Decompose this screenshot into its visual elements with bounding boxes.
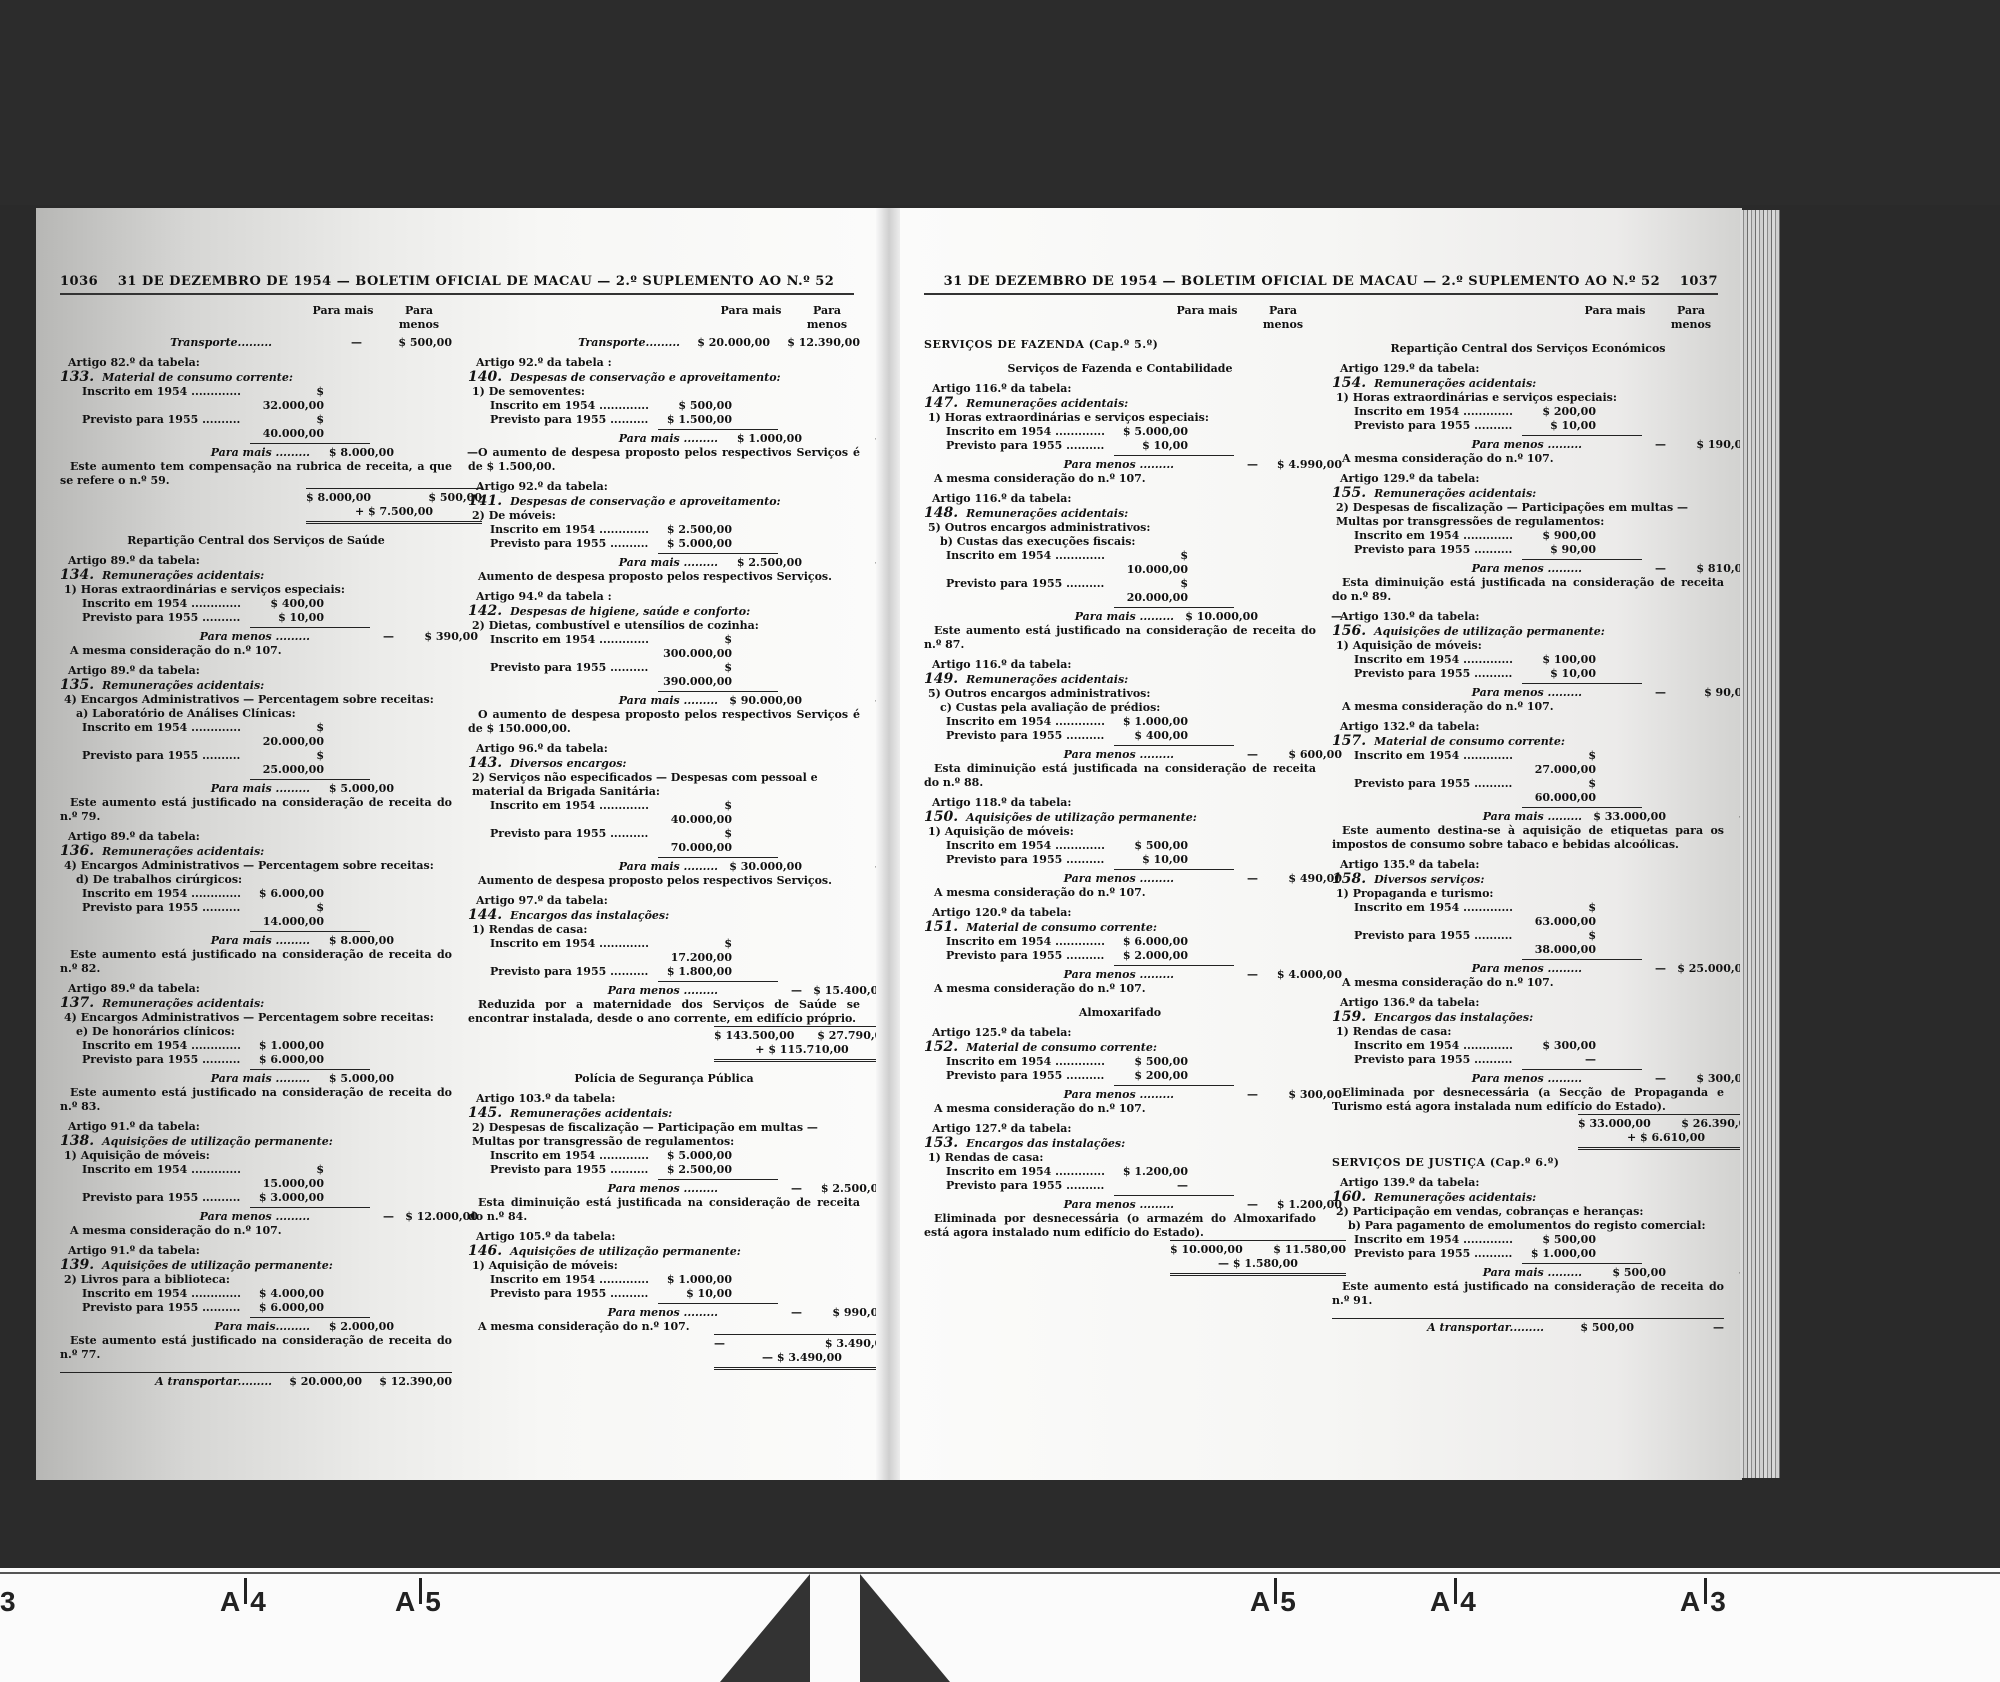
inscrito-line: Inscrito em 1954 .............$ 300.000,… <box>468 633 860 661</box>
previsto-label: Previsto para 1955 .......... <box>82 1301 254 1315</box>
inscrito-line: Inscrito em 1954 .............$ 40.000,0… <box>468 799 860 827</box>
previsto-label: Previsto para 1955 .......... <box>1354 1247 1526 1261</box>
subtotal-values: $ 8.000,00$ 500,00 <box>306 491 482 505</box>
inscrito-line: Inscrito em 1954 .............$ 400,00 <box>60 597 452 611</box>
inscrito-label: Inscrito em 1954 ............. <box>82 887 254 901</box>
artigo-heading: Artigo 92.º da tabela : <box>468 356 860 370</box>
subtotal-mais: — <box>714 1337 725 1351</box>
carry-forward-line: A transportar.........$ 20.000,00$ 12.39… <box>60 1372 452 1389</box>
previsto-line: Previsto para 1955 ..........$ 20.000,00 <box>924 577 1316 605</box>
item-title: Remunerações acidentais: <box>510 1107 672 1120</box>
artigo-heading: Artigo 105.º da tabela: <box>468 1230 860 1244</box>
item-number: 157. <box>1332 733 1366 749</box>
item-subheading: 2) Dietas, combustível e utensílios de c… <box>468 619 860 633</box>
header-para-mais: Para mais <box>1174 304 1240 332</box>
artigo-heading: Artigo 89.º da tabela: <box>60 830 452 844</box>
inscrito-line: Inscrito em 1954 .............$ 32.000,0… <box>60 385 452 413</box>
previsto-value: $ 10,00 <box>1118 439 1188 453</box>
item-title: Encargos das instalações: <box>1374 1011 1533 1024</box>
item-number: 152. <box>924 1039 958 1055</box>
item-heading: 149.Remunerações acidentais: <box>924 672 1316 687</box>
header-para-menos: Para menos <box>1658 304 1724 332</box>
artigo-heading: Artigo 91.º da tabela: <box>60 1120 452 1134</box>
artigo-heading: Artigo 89.º da tabela: <box>60 982 452 996</box>
item-number: 133. <box>60 369 94 385</box>
difference-line: Para mais .........$ 10.000,00— <box>924 610 1316 624</box>
inscrito-label: Inscrito em 1954 ............. <box>490 799 662 827</box>
item-heading: 134.Remunerações acidentais: <box>60 568 452 583</box>
item-subheading: 4) Encargos Administrativos — Percentage… <box>60 693 452 707</box>
difference-menos: $ 300,00 <box>1666 1072 1750 1086</box>
difference-label: Para menos ......... <box>924 968 1174 982</box>
inscrito-line: Inscrito em 1954 .............$ 1.000,00 <box>60 1039 452 1053</box>
column-headers: Para maisPara menos <box>468 304 860 332</box>
subtotal-net: — $ 3.490,00 <box>714 1351 890 1365</box>
subtotal-net: + $ 7.500,00 <box>306 505 482 519</box>
previsto-value: $ 1.500,00 <box>662 413 732 427</box>
page-number: 1036 <box>60 274 98 289</box>
difference-label: Para mais ......... <box>468 432 718 446</box>
running-head-text: 31 DE DEZEMBRO DE 1954 — BOLETIM OFICIAL… <box>944 274 1660 289</box>
inscrito-label: Inscrito em 1954 ............. <box>82 597 254 611</box>
item-heading: 146.Aquisições de utilização permanente: <box>468 1244 860 1259</box>
difference-mais: — <box>1582 962 1666 976</box>
section-title: Serviços de Fazenda e Contabilidade <box>924 362 1316 376</box>
item-number: 156. <box>1332 623 1366 639</box>
previsto-label: Previsto para 1955 .......... <box>82 611 254 625</box>
justification-note: O aumento de despesa proposto pelos resp… <box>468 446 860 474</box>
item-heading: 150.Aquisições de utilização permanente: <box>924 810 1316 825</box>
difference-mais: — <box>1174 1088 1258 1102</box>
previsto-line: Previsto para 1955 ..........$ 6.000,00 <box>60 1053 452 1067</box>
item-title: Aquisições de utilização permanente: <box>966 811 1197 824</box>
previsto-line: Previsto para 1955 ..........$ 10,00 <box>1332 419 1724 433</box>
left-page-column-1: Para maisPara menosTransporte.........—$… <box>60 304 452 1389</box>
item-subheading: 1) Aquisição de móveis: <box>468 1259 860 1273</box>
difference-mais: — <box>310 1210 394 1224</box>
item-number: 151. <box>924 919 958 935</box>
rule <box>250 779 370 780</box>
artigo-heading: Artigo 136.º da tabela: <box>1332 996 1724 1010</box>
item-number: 141. <box>468 493 502 509</box>
artigo-heading: Artigo 118.º da tabela: <box>924 796 1316 810</box>
artigo-heading: Artigo 139.º da tabela: <box>1332 1176 1724 1190</box>
item-subheading: 2) Despesas de fiscalização — Participaç… <box>468 1121 860 1149</box>
difference-line: Para mais .........$ 5.000,00 <box>60 1072 452 1086</box>
difference-line: Para menos .........—$ 12.000,00 <box>60 1210 452 1224</box>
difference-line: Para mais .........$ 2.500,00— <box>468 556 860 570</box>
inscrito-label: Inscrito em 1954 ............. <box>1354 749 1526 777</box>
difference-label: Para menos ......... <box>468 1182 718 1196</box>
previsto-line: Previsto para 1955 ..........$ 400,00 <box>924 729 1316 743</box>
difference-menos: — <box>802 556 886 570</box>
item-title: Aquisições de utilização permanente: <box>510 1245 741 1258</box>
rule <box>1522 1263 1642 1264</box>
left-page-column-2: Para maisPara menosTransporte.........$ … <box>468 304 860 1370</box>
difference-mais: — <box>1174 872 1258 886</box>
inscrito-label: Inscrito em 1954 ............. <box>82 721 254 749</box>
inscrito-value: $ 1.200,00 <box>1118 1165 1188 1179</box>
previsto-label: Previsto para 1955 .......... <box>946 1179 1118 1193</box>
inscrito-line: Inscrito em 1954 .............$ 500,00 <box>924 1055 1316 1069</box>
inscrito-line: Inscrito em 1954 .............$ 10.000,0… <box>924 549 1316 577</box>
item-heading: 145.Remunerações acidentais: <box>468 1106 860 1121</box>
previsto-value: $ 3.000,00 <box>254 1191 324 1205</box>
inscrito-line: Inscrito em 1954 .............$ 27.000,0… <box>1332 749 1724 777</box>
item-number: 143. <box>468 755 502 771</box>
running-head-right: 31 DE DEZEMBRO DE 1954 — BOLETIM OFICIAL… <box>924 274 1718 295</box>
transport-line: Transporte.........—$ 500,00 <box>60 336 452 350</box>
justification-note: Aumento de despesa proposto pelos respec… <box>468 874 860 888</box>
inscrito-line: Inscrito em 1954 .............$ 6.000,00 <box>60 887 452 901</box>
rule <box>250 931 370 932</box>
difference-menos: $ 4.000,00 <box>1258 968 1342 982</box>
section-title: Polícia de Segurança Pública <box>468 1072 860 1086</box>
inscrito-value: $ 500,00 <box>1526 1233 1596 1247</box>
header-para-menos: Para menos <box>1250 304 1316 332</box>
header-para-mais: Para mais <box>1582 304 1648 332</box>
carry-label: A transportar......... <box>155 1375 272 1389</box>
column-headers: Para maisPara menos <box>1332 304 1724 332</box>
rule <box>1522 559 1642 560</box>
previsto-label: Previsto para 1955 .......... <box>1354 543 1526 557</box>
item-number: 154. <box>1332 375 1366 391</box>
inscrito-value: $ 20.000,00 <box>254 721 324 749</box>
artigo-heading: Artigo 89.º da tabela: <box>60 554 452 568</box>
previsto-value: $ 10,00 <box>254 611 324 625</box>
previsto-line: Previsto para 1955 ..........$ 70.000,00 <box>468 827 860 855</box>
header-para-menos: Para menos <box>794 304 860 332</box>
inscrito-line: Inscrito em 1954 .............$ 500,00 <box>924 839 1316 853</box>
registration-target-left <box>720 1574 810 1682</box>
item-title: Remunerações acidentais: <box>1374 1191 1536 1204</box>
item-title: Diversos encargos: <box>510 757 626 770</box>
difference-line: Para mais .........$ 33.000,00— <box>1332 810 1724 824</box>
inscrito-value: $ 900,00 <box>1526 529 1596 543</box>
difference-mais: $ 10.000,00 <box>1174 610 1258 624</box>
inscrito-value: $ 400,00 <box>254 597 324 611</box>
item-heading: 144.Encargos das instalações: <box>468 908 860 923</box>
inscrito-label: Inscrito em 1954 ............. <box>490 1273 662 1287</box>
item-title: Aquisições de utilização permanente: <box>102 1135 333 1148</box>
subtotal-values: —$ 3.490,00 <box>714 1337 890 1351</box>
item-title: Remunerações acidentais: <box>102 569 264 582</box>
item-heading: 138.Aquisições de utilização permanente: <box>60 1134 452 1149</box>
previsto-value: $ 40.000,00 <box>254 413 324 441</box>
previsto-value: $ 5.000,00 <box>662 537 732 551</box>
inscrito-value: $ 200,00 <box>1526 405 1596 419</box>
column-headers: Para maisPara menos <box>60 304 452 332</box>
previsto-label: Previsto para 1955 .......... <box>490 1163 662 1177</box>
difference-line: Para menos .........—$ 90,00 <box>1332 686 1724 700</box>
previsto-label: Previsto para 1955 .......... <box>1354 667 1526 681</box>
artigo-heading: Artigo 94.º da tabela : <box>468 590 860 604</box>
item-title: Material de consumo corrente: <box>102 371 293 384</box>
artigo-heading: Artigo 129.º da tabela: <box>1332 362 1724 376</box>
inscrito-label: Inscrito em 1954 ............. <box>1354 529 1526 543</box>
previsto-label: Previsto para 1955 .......... <box>1354 777 1526 805</box>
difference-mais: $ 5.000,00 <box>310 1072 394 1086</box>
difference-mais: — <box>310 630 394 644</box>
ruler-mark-right: A3 <box>1680 1586 1727 1618</box>
item-number: 145. <box>468 1105 502 1121</box>
rule <box>250 627 370 628</box>
item-number: 155. <box>1332 485 1366 501</box>
inscrito-value: $ 5.000,00 <box>662 1149 732 1163</box>
justification-note: A mesma consideração do n.º 107. <box>1332 700 1724 714</box>
ruler-mark-right: A4 <box>1430 1586 1477 1618</box>
transport-label: Transporte......... <box>170 336 272 350</box>
previsto-value: $ 25.000,00 <box>254 749 324 777</box>
artigo-heading: Artigo 125.º da tabela: <box>924 1026 1316 1040</box>
transport-menos: $ 500,00 <box>368 336 452 350</box>
inscrito-value: $ 500,00 <box>1118 839 1188 853</box>
artigo-heading: Artigo 103.º da tabela: <box>468 1092 860 1106</box>
difference-label: Para mais ......... <box>1332 810 1582 824</box>
inscrito-line: Inscrito em 1954 .............$ 1.200,00 <box>924 1165 1316 1179</box>
previsto-label: Previsto para 1955 .......... <box>1354 929 1526 957</box>
difference-menos: $ 90,00 <box>1666 686 1750 700</box>
difference-menos: $ 15.400,00 <box>802 984 886 998</box>
difference-label: Para mais ......... <box>60 782 310 796</box>
inscrito-label: Inscrito em 1954 ............. <box>1354 1233 1526 1247</box>
item-subheading: 2) Serviços não especificados — Despesas… <box>468 771 860 799</box>
inscrito-line: Inscrito em 1954 .............$ 500,00 <box>1332 1233 1724 1247</box>
previsto-value: $ 90,00 <box>1526 543 1596 557</box>
item-subheading: 4) Encargos Administrativos — Percentage… <box>60 859 452 873</box>
inscrito-value: $ 500,00 <box>1118 1055 1188 1069</box>
item-title: Material de consumo corrente: <box>1374 735 1565 748</box>
film-border-bottom <box>0 1480 2000 1570</box>
difference-menos: $ 12.000,00 <box>394 1210 478 1224</box>
artigo-heading: Artigo 132.º da tabela: <box>1332 720 1724 734</box>
difference-label: Para mais ......... <box>60 934 310 948</box>
inscrito-label: Inscrito em 1954 ............. <box>82 1287 254 1301</box>
justification-note: Esta diminuição está justificada na cons… <box>924 762 1316 790</box>
difference-label: Para menos ......... <box>60 1210 310 1224</box>
previsto-value: $ 14.000,00 <box>254 901 324 929</box>
inscrito-line: Inscrito em 1954 .............$ 63.000,0… <box>1332 901 1724 929</box>
item-heading: 135.Remunerações acidentais: <box>60 678 452 693</box>
carry-forward-line: A transportar.........$ 500,00— <box>1332 1318 1724 1335</box>
item-subsubheading: e) De honorários clínicos: <box>60 1025 452 1039</box>
difference-mais: — <box>718 1306 802 1320</box>
artigo-heading: Artigo 97.º da tabela: <box>468 894 860 908</box>
ruler-mark-left: A5 <box>395 1586 442 1618</box>
previsto-value: $ 6.000,00 <box>254 1053 324 1067</box>
difference-label: Para menos ......... <box>1332 438 1582 452</box>
difference-menos: — <box>802 694 886 708</box>
inscrito-value: $ 6.000,00 <box>1118 935 1188 949</box>
ruler-tick <box>1454 1578 1457 1604</box>
item-subsubheading: b) Para pagamento de emolumentos do regi… <box>1332 1219 1724 1233</box>
previsto-value: $ 10,00 <box>662 1287 732 1301</box>
difference-line: Para mais .........$ 500,00— <box>1332 1266 1724 1280</box>
difference-line: Para menos .........—$ 390,00 <box>60 630 452 644</box>
previsto-label: Previsto para 1955 .......... <box>490 413 662 427</box>
item-title: Despesas de conservação e aproveitamento… <box>510 495 780 508</box>
difference-menos: — <box>1666 1266 1750 1280</box>
subtotal-block: —$ 3.490,00— $ 3.490,00 <box>714 1334 890 1370</box>
item-subheading: 1) Horas extraordinárias e serviços espe… <box>1332 391 1724 405</box>
book-fore-edge <box>1740 210 1780 1478</box>
difference-label: Para mais ......... <box>1332 1266 1582 1280</box>
item-subheading: 1) Aquisição de móveis: <box>924 825 1316 839</box>
previsto-line: Previsto para 1955 ..........$ 40.000,00 <box>60 413 452 441</box>
inscrito-label: Inscrito em 1954 ............. <box>490 937 662 965</box>
item-number: 153. <box>924 1135 958 1151</box>
ruler-tick <box>1274 1578 1277 1604</box>
inscrito-label: Inscrito em 1954 ............. <box>946 839 1118 853</box>
running-head-text: 31 DE DEZEMBRO DE 1954 — BOLETIM OFICIAL… <box>118 274 834 289</box>
item-number: 134. <box>60 567 94 583</box>
subtotal-values: $ 33.000,00$ 26.390,00 <box>1578 1117 1754 1131</box>
justification-note: A mesma consideração do n.º 107. <box>924 982 1316 996</box>
previsto-label: Previsto para 1955 .......... <box>82 1191 254 1205</box>
section-title: Almoxarifado <box>924 1006 1316 1020</box>
difference-menos: $ 490,00 <box>1258 872 1342 886</box>
previsto-value: $ 200,00 <box>1118 1069 1188 1083</box>
item-subheading: 2) Despesas de fiscalização — Participaç… <box>1332 501 1724 529</box>
transport-mais: $ 20.000,00 <box>686 336 770 350</box>
item-subsubheading: d) De trabalhos cirúrgicos: <box>60 873 452 887</box>
previsto-label: Previsto para 1955 .......... <box>82 901 254 929</box>
previsto-label: Previsto para 1955 .......... <box>490 1287 662 1301</box>
item-number: 158. <box>1332 871 1366 887</box>
item-subheading: 1) De semoventes: <box>468 385 860 399</box>
rule <box>658 1179 778 1180</box>
difference-mais: $ 8.000,00 <box>310 934 394 948</box>
justification-note: A mesma consideração do n.º 107. <box>468 1320 860 1334</box>
item-title: Aquisições de utilização permanente: <box>1374 625 1605 638</box>
right-page-column-2: Para maisPara menosRepartição Central do… <box>1332 304 1724 1335</box>
item-heading: 139.Aquisições de utilização permanente: <box>60 1258 452 1273</box>
subtotal-block: $ 143.500,00$ 27.790,00+ $ 115.710,00 <box>714 1026 890 1062</box>
item-title: Remunerações acidentais: <box>1374 487 1536 500</box>
item-title: Despesas de conservação e aproveitamento… <box>510 371 780 384</box>
difference-line: Para mais .........$ 90.000,00— <box>468 694 860 708</box>
item-title: Diversos serviços: <box>1374 873 1484 886</box>
difference-menos: $ 990,00 <box>802 1306 886 1320</box>
subtotal-mais: $ 143.500,00 <box>714 1029 794 1043</box>
inscrito-label: Inscrito em 1954 ............. <box>946 715 1118 729</box>
previsto-line: Previsto para 1955 ..........$ 390.000,0… <box>468 661 860 689</box>
previsto-label: Previsto para 1955 .......... <box>490 965 662 979</box>
inscrito-label: Inscrito em 1954 ............. <box>82 1039 254 1053</box>
justification-note: A mesma consideração do n.º 107. <box>924 472 1316 486</box>
inscrito-value: $ 1.000,00 <box>662 1273 732 1287</box>
justification-note: A mesma consideração do n.º 107. <box>1332 452 1724 466</box>
previsto-value: $ 70.000,00 <box>662 827 732 855</box>
previsto-line: Previsto para 1955 ..........— <box>924 1179 1316 1193</box>
artigo-heading: Artigo 129.º da tabela: <box>1332 472 1724 486</box>
inscrito-value: $ 6.000,00 <box>254 887 324 901</box>
difference-label: Para menos ......... <box>1332 686 1582 700</box>
justification-note: Este aumento está justificado na conside… <box>60 948 452 976</box>
item-heading: 141.Despesas de conservação e aproveitam… <box>468 494 860 509</box>
inscrito-line: Inscrito em 1954 .............$ 300,00 <box>1332 1039 1724 1053</box>
carry-label: A transportar......... <box>1427 1321 1544 1335</box>
rule <box>658 553 778 554</box>
subtotal-values: $ 143.500,00$ 27.790,00 <box>714 1029 890 1043</box>
difference-label: Para menos ......... <box>1332 962 1582 976</box>
inscrito-label: Inscrito em 1954 ............. <box>82 1163 254 1191</box>
previsto-label: Previsto para 1955 .......... <box>946 439 1118 453</box>
previsto-line: Previsto para 1955 ..........$ 1.000,00 <box>1332 1247 1724 1261</box>
item-title: Remunerações acidentais: <box>966 397 1128 410</box>
item-subheading: 5) Outros encargos administrativos: <box>924 521 1316 535</box>
previsto-line: Previsto para 1955 ..........$ 10,00 <box>924 439 1316 453</box>
inscrito-line: Inscrito em 1954 .............$ 17.200,0… <box>468 937 860 965</box>
item-number: 160. <box>1332 1189 1366 1205</box>
difference-mais: — <box>1174 968 1258 982</box>
previsto-line: Previsto para 1955 ..........$ 3.000,00 <box>60 1191 452 1205</box>
difference-menos: — <box>1666 810 1750 824</box>
previsto-value: $ 10,00 <box>1526 419 1596 433</box>
difference-label: Para menos ......... <box>924 1198 1174 1212</box>
item-title: Despesas de higiene, saúde e conforto: <box>510 605 750 618</box>
chapter-title: SERVIÇOS DE JUSTIÇA (Cap.º 6.º) <box>1332 1156 1724 1170</box>
item-heading: 151.Material de consumo corrente: <box>924 920 1316 935</box>
inscrito-line: Inscrito em 1954 .............$ 100,00 <box>1332 653 1724 667</box>
inscrito-line: Inscrito em 1954 .............$ 2.500,00 <box>468 523 860 537</box>
item-title: Remunerações acidentais: <box>102 845 264 858</box>
difference-line: Para menos .........—$ 810,00 <box>1332 562 1724 576</box>
rule <box>658 691 778 692</box>
previsto-line: Previsto para 1955 ..........$ 6.000,00 <box>60 1301 452 1315</box>
inscrito-value: $ 300,00 <box>1526 1039 1596 1053</box>
difference-label: Para menos ......... <box>924 748 1174 762</box>
previsto-line: Previsto para 1955 ..........$ 90,00 <box>1332 543 1724 557</box>
transport-line: Transporte.........$ 20.000,00$ 12.390,0… <box>468 336 860 350</box>
inscrito-line: Inscrito em 1954 .............$ 500,00 <box>468 399 860 413</box>
inscrito-label: Inscrito em 1954 ............. <box>490 633 662 661</box>
previsto-label: Previsto para 1955 .......... <box>490 827 662 855</box>
subtotal-values: $ 10.000,00$ 11.580,00 <box>1170 1243 1346 1257</box>
difference-label: Para mais ......... <box>468 556 718 570</box>
previsto-label: Previsto para 1955 .......... <box>1354 1053 1526 1067</box>
difference-line: Para menos .........—$ 4.000,00 <box>924 968 1316 982</box>
item-subheading: 2) Livros para a biblioteca: <box>60 1273 452 1287</box>
inscrito-line: Inscrito em 1954 .............$ 900,00 <box>1332 529 1724 543</box>
difference-line: Para menos .........—$ 490,00 <box>924 872 1316 886</box>
justification-note: Este aumento está justificado na conside… <box>60 796 452 824</box>
inscrito-label: Inscrito em 1954 ............. <box>1354 1039 1526 1053</box>
difference-line: Para mais .........$ 5.000,00 <box>60 782 452 796</box>
item-subheading: 1) Propaganda e turismo: <box>1332 887 1724 901</box>
inscrito-line: Inscrito em 1954 .............$ 15.000,0… <box>60 1163 452 1191</box>
item-heading: 152.Material de consumo corrente: <box>924 1040 1316 1055</box>
item-subheading: 1) Rendas de casa: <box>468 923 860 937</box>
inscrito-value: $ 27.000,00 <box>1526 749 1596 777</box>
item-title: Remunerações acidentais: <box>966 673 1128 686</box>
item-heading: 157.Material de consumo corrente: <box>1332 734 1724 749</box>
item-number: 148. <box>924 505 958 521</box>
item-heading: 136.Remunerações acidentais: <box>60 844 452 859</box>
justification-note: Aumento de despesa proposto pelos respec… <box>468 570 860 584</box>
difference-line: Para menos .........—$ 600,00 <box>924 748 1316 762</box>
section-title: Repartição Central dos Serviços Económic… <box>1332 342 1724 356</box>
rule <box>1522 1069 1642 1070</box>
previsto-line: Previsto para 1955 ..........$ 2.500,00 <box>468 1163 860 1177</box>
inscrito-value: $ 1.000,00 <box>1118 715 1188 729</box>
item-heading: 140.Despesas de conservação e aproveitam… <box>468 370 860 385</box>
inscrito-line: Inscrito em 1954 .............$ 5.000,00 <box>924 425 1316 439</box>
previsto-value: — <box>1118 1179 1188 1193</box>
item-number: 147. <box>924 395 958 411</box>
rule <box>658 1303 778 1304</box>
difference-mais: — <box>1582 562 1666 576</box>
